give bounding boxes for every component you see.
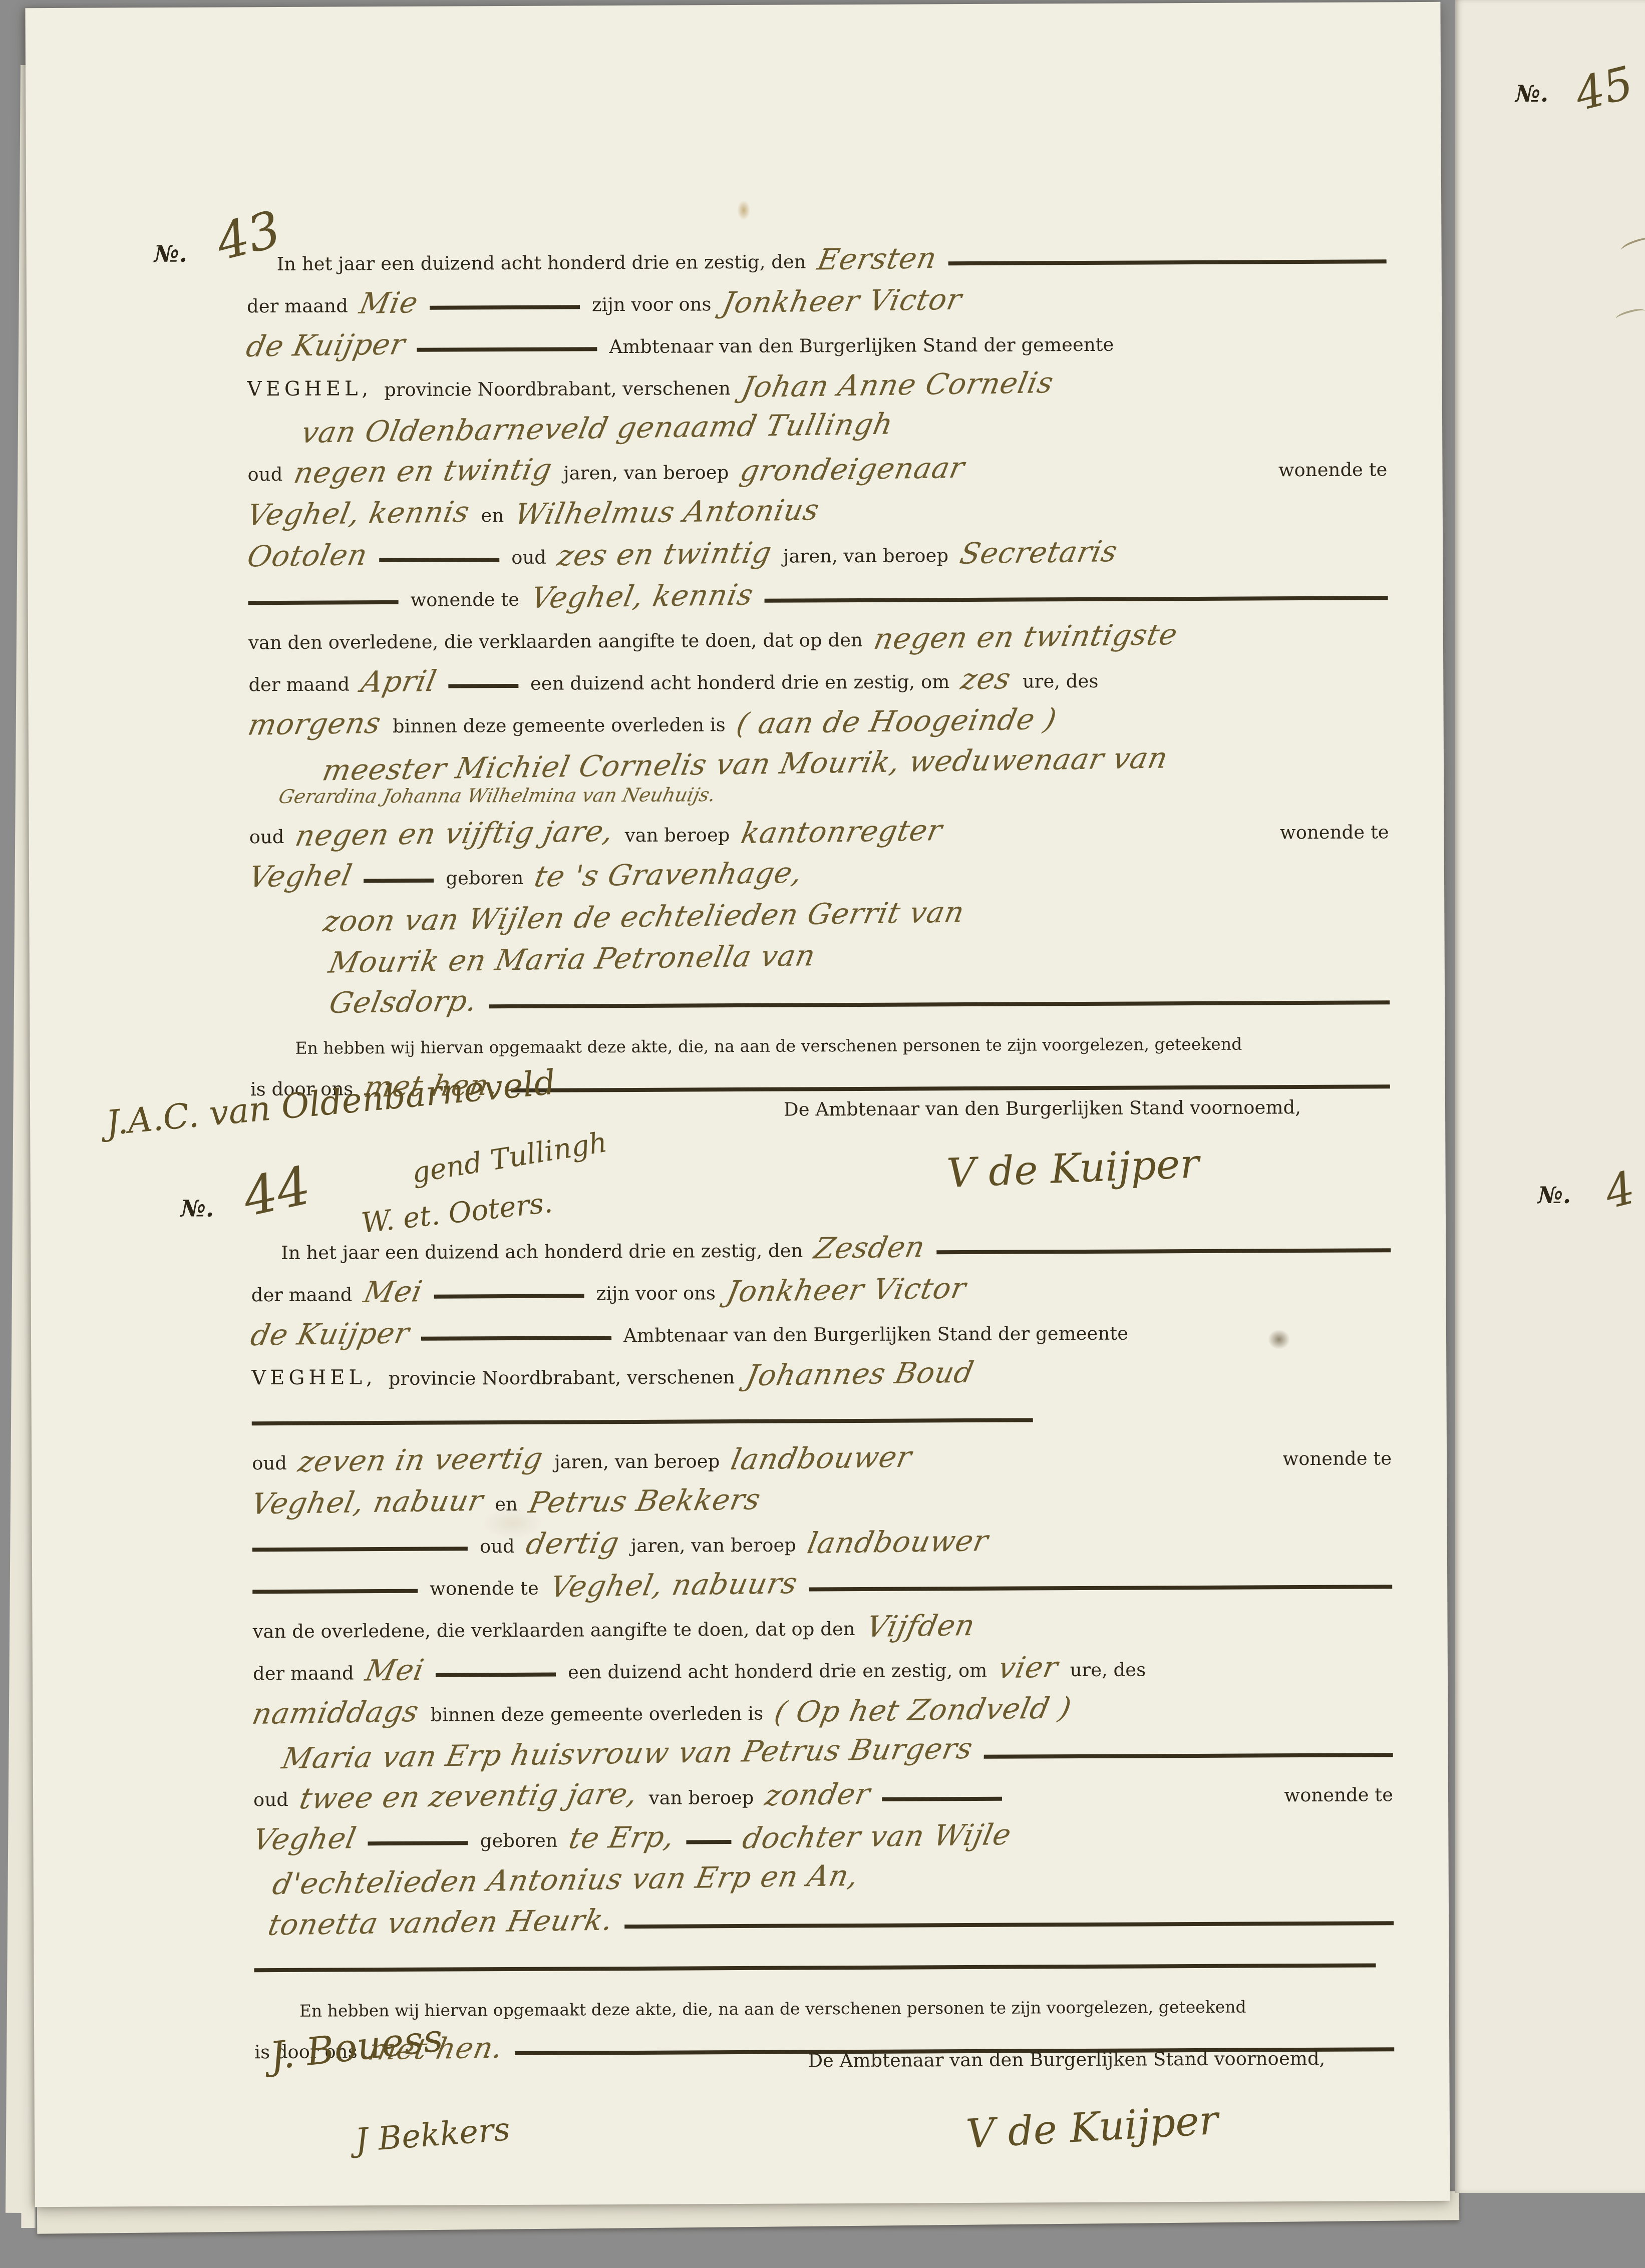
officer-title: De Ambtenaar van den Burgerlijken Stand … — [808, 2048, 1325, 2072]
printed-text: der maand — [247, 297, 348, 317]
printed-text: oud — [480, 1537, 515, 1557]
handwritten-text: Secretaris — [958, 538, 1120, 567]
ink-rule — [248, 600, 399, 605]
printed-text: een duizend acht honderd drie en zestig,… — [568, 1661, 987, 1682]
ink-rule — [364, 879, 434, 883]
register-page: №. 43 In het jaar een duizend acht honde… — [25, 2, 1450, 2207]
act43-number-symbol: №. — [154, 240, 187, 267]
handwritten-text: Maria van Erp huisvrouw van Petrus Burge… — [280, 1735, 975, 1772]
printed-text: ure, des — [1023, 672, 1099, 692]
handwritten-text: zonder — [763, 1781, 873, 1808]
handwritten-text: Johan Anne Cornelis — [740, 369, 1056, 400]
handwritten-text: kantonregter — [739, 817, 944, 846]
ink-rule — [489, 1000, 1390, 1008]
ink-rule — [368, 1841, 468, 1845]
act45-number: 45 — [1570, 57, 1638, 122]
handwritten-text: Veghel, nabuurs — [548, 1570, 800, 1600]
form-line: d'echtelieden Antonius van Erp en An, — [254, 1847, 1406, 1894]
form-line: der maandMeizijn voor onsJonkheer Victor — [251, 1258, 1403, 1305]
handwritten-text: negen en vijftig jare, — [293, 818, 616, 849]
handwritten-text: ( Op het Zondveld ) — [772, 1695, 1074, 1725]
handwritten-text: negen en twintigste — [872, 621, 1180, 652]
printed-text: van beroep — [649, 1788, 754, 1808]
handwritten-text: Wilhelmus Antonius — [513, 497, 822, 527]
form-line: der maandMiezijn voor onsJonkheer Victor — [247, 269, 1399, 316]
printed-text: jaren, van beroep — [783, 546, 948, 566]
printed-text: binnen deze gemeente overleden is — [393, 715, 726, 736]
ink-rule — [252, 1589, 418, 1594]
next-act-number-symbol: №. — [1538, 1182, 1571, 1209]
act44-number-symbol: №. — [181, 1195, 214, 1222]
ink-rule — [252, 1547, 468, 1552]
act44-body: In het jaar een duizend ach honderd drie… — [251, 1216, 1406, 2062]
form-line: wonende teVeghel, kennis — [248, 564, 1400, 611]
printed-text: In het jaar een duizend ach honderd drie… — [281, 1242, 803, 1263]
printed-text: VEGHEL, — [247, 377, 373, 401]
act43-body: In het jaar een duizend acht honderd dri… — [246, 227, 1402, 1099]
handwritten-text: Veghel, kennis — [529, 581, 756, 611]
printed-text: wonende te — [430, 1579, 539, 1599]
printed-text: van de overledene, die verklaarden aangi… — [253, 1620, 855, 1642]
printed-text: oud — [253, 1790, 288, 1810]
handwritten-text: Johannes Boud — [744, 1359, 976, 1388]
handwritten-text: Jonkheer Victor — [725, 1275, 968, 1304]
handwritten-text: namiddags — [250, 1698, 421, 1727]
handwritten-text: landbouwer — [729, 1443, 914, 1472]
ink-rule — [379, 558, 499, 562]
handwritten-text: tonetta vanden Heurk. — [266, 1907, 615, 1938]
handwritten-text: landbouwer — [805, 1528, 991, 1557]
handwritten-text: Mei — [363, 1657, 426, 1684]
handwritten-text: Mourik en Maria Petronella van — [327, 942, 818, 976]
printed-text: geboren — [446, 869, 523, 889]
printed-text: van beroep — [625, 826, 730, 846]
handwritten-text: Veghel, kennis — [245, 499, 472, 528]
handwritten-text: Mie — [357, 289, 420, 316]
printed-text: provincie Noordbrabant, verschenen — [384, 379, 731, 400]
printed-text: In het jaar een duizend acht honderd dri… — [277, 253, 806, 274]
printed-text: jaren, van beroep — [554, 1452, 720, 1472]
handwritten-text: Eersten — [815, 245, 939, 273]
handwritten-text: Gelsdorp. — [327, 988, 480, 1016]
printed-text: der maand — [248, 675, 350, 695]
ink-rule — [686, 1840, 731, 1844]
ink-rule — [882, 1797, 1002, 1801]
form-line: van de overledene, die verklaarden aangi… — [252, 1595, 1404, 1642]
printed-text: van den overledene, die verklaarden aang… — [248, 631, 863, 653]
ink-rule — [624, 1921, 1394, 1929]
act44-number: 44 — [237, 1155, 315, 1229]
handwritten-text: d'echtelieden Antonius van Erp en An, — [270, 1862, 861, 1898]
printed-text: binnen deze gemeente overleden is — [430, 1704, 763, 1725]
form-line: In het jaar een duizend acht honderd dri… — [246, 227, 1398, 274]
act45-number-symbol: №. — [1515, 80, 1548, 107]
printed-text: jaren, van beroep — [563, 463, 729, 483]
ink-rule — [430, 305, 580, 309]
printed-text: oud — [249, 828, 284, 847]
printed-text: En hebben wij hiervan opgemaakt deze akt… — [295, 1036, 1242, 1057]
handwritten-text: te 's Gravenhage, — [532, 859, 805, 889]
printed-text: wonende te — [1278, 460, 1388, 480]
next-register-page: №. 45 №. 4 — [1455, 0, 1645, 2193]
handwritten-text: de Kuijper — [249, 1320, 412, 1348]
printed-text: Ambtenaar van den Burgerlijken Stand der… — [623, 1324, 1128, 1346]
ink-blot — [1268, 1329, 1290, 1349]
ink-stroke — [1615, 307, 1645, 323]
handwritten-text: ( aan de Hoogeinde ) — [735, 706, 1059, 737]
form-line: In het jaar een duizend ach honderd drie… — [251, 1216, 1403, 1263]
ink-rule — [809, 1585, 1392, 1591]
printed-text: en — [481, 506, 504, 526]
printed-text: Ambtenaar van den Burgerlijken Stand der… — [609, 335, 1114, 357]
form-line: der maandMeieen duizend acht honderd dri… — [253, 1637, 1405, 1684]
handwritten-text: zes en twintig — [555, 539, 774, 569]
witness1-signature-alias: gend Tullingh — [410, 1126, 609, 1190]
printed-text: der maand — [251, 1286, 353, 1306]
handwritten-text: de Kuijper — [244, 331, 408, 359]
paper-stain — [737, 200, 750, 220]
printed-text: geboren — [480, 1831, 558, 1851]
printed-text: oud — [247, 465, 282, 485]
handwritten-text: Vijfden — [864, 1612, 977, 1640]
form-line: de KuijperAmbtenaar van den Burgerlijken… — [247, 311, 1399, 358]
printed-text: ure, des — [1070, 1661, 1146, 1681]
form-line: van den overledene, die verklaarden aang… — [248, 606, 1400, 653]
officer-title: De Ambtenaar van den Burgerlijken Stand … — [784, 1096, 1301, 1120]
handwritten-text: van Oldenbarneveld genaamd Tullingh — [299, 411, 895, 446]
handwritten-text: dochter van Wijle — [741, 1821, 1014, 1851]
handwritten-text: Mei — [362, 1278, 425, 1305]
printed-text: En hebben wij hiervan opgemaakt deze akt… — [299, 1999, 1246, 2020]
scanned-register-photo: { "colors":{"backdrop":"#8c8c8c","paper"… — [0, 0, 1645, 2268]
printed-text: VEGHEL, — [251, 1366, 377, 1389]
handwritten-text: grondeigenaar — [738, 454, 967, 484]
form-line: oudzeven in veertigjaren, van beroepland… — [252, 1426, 1404, 1473]
handwritten-text: Veghel, nabuur — [249, 1487, 486, 1517]
handwritten-text: morgens — [246, 710, 383, 738]
printed-text: wonende te — [411, 590, 520, 610]
ink-rule — [948, 259, 1387, 265]
handwritten-text-small: Gerardina Johanna Wilhelmina van Neuhuij… — [277, 786, 717, 805]
ink-rule — [421, 1336, 611, 1341]
ink-rule — [254, 1963, 1376, 1972]
printed-text: oud — [511, 548, 546, 568]
printed-text: oud — [252, 1454, 287, 1473]
handwritten-text: zeven in veertig — [296, 1445, 545, 1474]
printed-text: jaren, van beroep — [631, 1536, 796, 1556]
handwritten-text: zes — [959, 665, 1013, 692]
form-line: zoon van Wijlen de echtelieden Gerrit va… — [249, 884, 1401, 931]
printed-text: wonende te — [1280, 823, 1389, 843]
handwritten-text: Petrus Bekkers — [527, 1486, 763, 1516]
printed-text: provincie Noordbrabant, verschenen — [389, 1368, 735, 1389]
printed-text: een duizend acht honderd drie en zestig,… — [530, 672, 949, 693]
ink-rule — [984, 1753, 1393, 1759]
form-line: der maandAprileen duizend acht honderd d… — [248, 648, 1400, 695]
form-line: oudnegen en vijftig jare,van beroepkanto… — [249, 800, 1401, 847]
handwritten-text: negen en twintig — [292, 456, 554, 486]
witness2-signature: J Bekkers — [354, 2111, 511, 2159]
printed-text: zijn voor ons — [592, 295, 712, 315]
form-line: namiddagsbinnen deze gemeente overleden … — [253, 1679, 1405, 1726]
handwritten-text: Veghel — [251, 1825, 359, 1852]
printed-text: wonende te — [1282, 1449, 1392, 1469]
form-line: En hebben wij hiervan opgemaakt deze akt… — [254, 1973, 1406, 2020]
ink-rule — [937, 1248, 1391, 1254]
officer-signature: V de Kuijper — [965, 2097, 1219, 2157]
printed-text: der maand — [253, 1664, 354, 1684]
ink-rule — [417, 347, 597, 352]
ink-rule — [448, 684, 518, 688]
ink-rule — [252, 1418, 1033, 1425]
handwritten-text: Ootolen — [245, 542, 370, 570]
handwritten-text: Jonkheer Victor — [721, 286, 964, 315]
handwritten-text: April — [359, 668, 439, 695]
handwritten-text: vier — [997, 1654, 1061, 1681]
ink-rule — [765, 596, 1388, 602]
form-line: de KuijperAmbtenaar van den Burgerlijken… — [251, 1300, 1403, 1347]
form-line: VEGHEL,provincie Noordbrabant, verschene… — [251, 1342, 1403, 1389]
officer-signature: V de Kuijper — [946, 1140, 1200, 1197]
ink-stroke — [1620, 235, 1645, 254]
printed-text: zijn voor ons — [596, 1284, 716, 1304]
next-act-number: 4 — [1599, 1162, 1640, 1220]
handwritten-text: te Erp, — [567, 1823, 677, 1851]
ink-rule — [434, 1294, 584, 1298]
handwritten-text: twee en zeventig jare, — [297, 1780, 640, 1811]
handwritten-text: zoon van Wijlen de echtelieden Gerrit va… — [321, 899, 967, 934]
paper-stain — [483, 1508, 543, 1539]
form-line — [251, 1384, 1403, 1431]
handwritten-text: Zesden — [812, 1234, 927, 1261]
form-line: VEGHEL,provincie Noordbrabant, verschene… — [247, 353, 1399, 401]
ink-rule — [511, 1084, 1390, 1092]
handwritten-text: dertig — [524, 1530, 621, 1557]
printed-text: wonende te — [1284, 1785, 1393, 1805]
handwritten-text: Veghel — [247, 862, 355, 890]
ink-rule — [436, 1673, 556, 1677]
